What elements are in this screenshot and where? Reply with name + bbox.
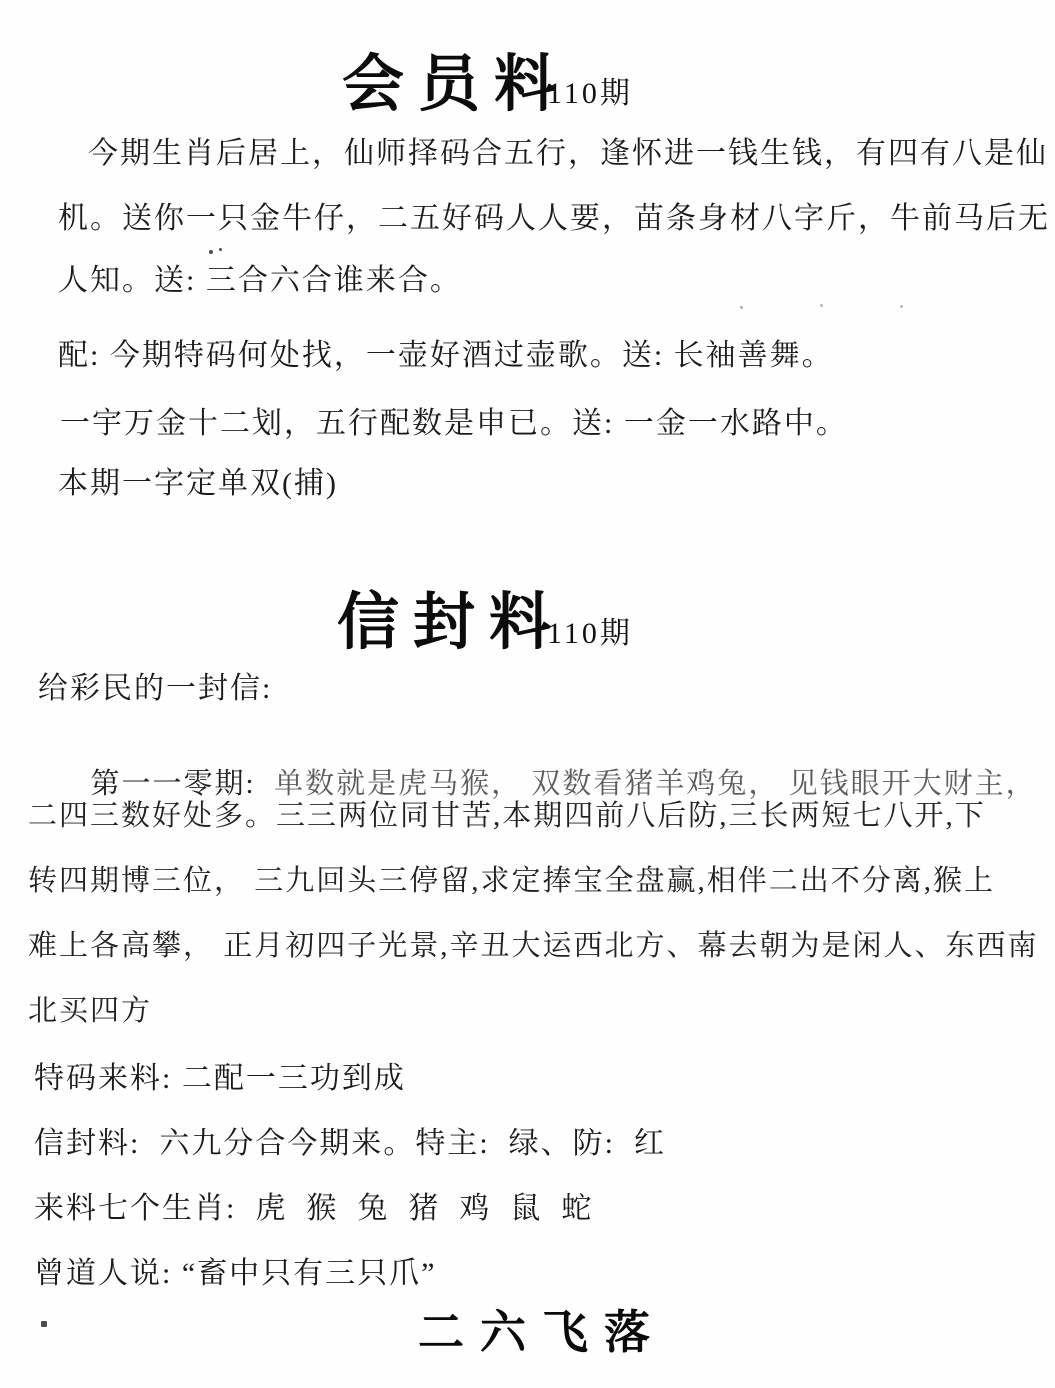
special-code-line: 特码来料: 二配一三功到成 [34, 1053, 406, 1097]
member-section-title: 会员料 [342, 34, 570, 123]
scan-speck [209, 250, 213, 254]
member-pairing-line: 配: 今期特码何处找，一壶好酒过壶歌。送: 长袖善舞。 [58, 330, 834, 374]
member-paragraph-line: 机。送你一只金牛仔，二五好码人人要，苗条身材八字斤，牛前马后无 [58, 193, 1050, 237]
letter-intro: 给彩民的一封信: [38, 663, 272, 707]
member-oddeven-line: 本期一字定单双(捕) [58, 458, 338, 502]
scan-speck [740, 306, 743, 309]
envelope-tip-line: 信封料: 六九分合今期来。特主: 绿、防: 红 [34, 1118, 666, 1162]
letter-line: 难上各高攀， 正月初四子光景,辛丑大运西北方、幕去朝为是闲人、东西南 [28, 923, 1039, 964]
letter-line: 转四期博三位， 三九回头三停留,求定捧宝全盘赢,相伴二出不分离,猴上 [28, 858, 995, 899]
zodiac-line: 来料七个生肖: 虎 猴 兔 猪 鸡 鼠 蛇 [34, 1183, 593, 1227]
member-paragraph-line: 今期生肖后居上，仙师择码合五行，逢怀进一钱生钱，有四有八是仙 [88, 128, 1048, 172]
letter-line: 二四三数好处多。三三两位同甘苦,本期四前八后防,三长两短七八开,下 [28, 793, 986, 834]
scan-speck [820, 304, 823, 307]
letter-line-first: 第一一零期: 单数就是虎马猴， 双数看猪羊鸡兔， 见钱眼开大财主， [72, 728, 1037, 802]
scan-speck [900, 305, 903, 308]
member-gold-line: 一宇万金十二划，五行配数是申已。送: 一金一水路中。 [60, 398, 848, 442]
quote-line: 曾道人说: “畜中只有三只爪” [34, 1248, 436, 1292]
scanned-lottery-sheet: { "page": { "background": "#fefefe", "in… [0, 0, 1055, 1388]
scan-speck [219, 248, 222, 251]
footer-phrase: 二六飞落 [418, 1296, 666, 1362]
envelope-section-title: 信封料 [337, 572, 565, 661]
scan-speck [41, 1321, 47, 1327]
envelope-section-issue: 110期 [547, 608, 633, 652]
member-section-issue: 110期 [547, 68, 633, 112]
member-paragraph-line: 人知。送: 三合六合谁来合。 [58, 255, 462, 299]
letter-line: 北买四方 [28, 988, 152, 1029]
